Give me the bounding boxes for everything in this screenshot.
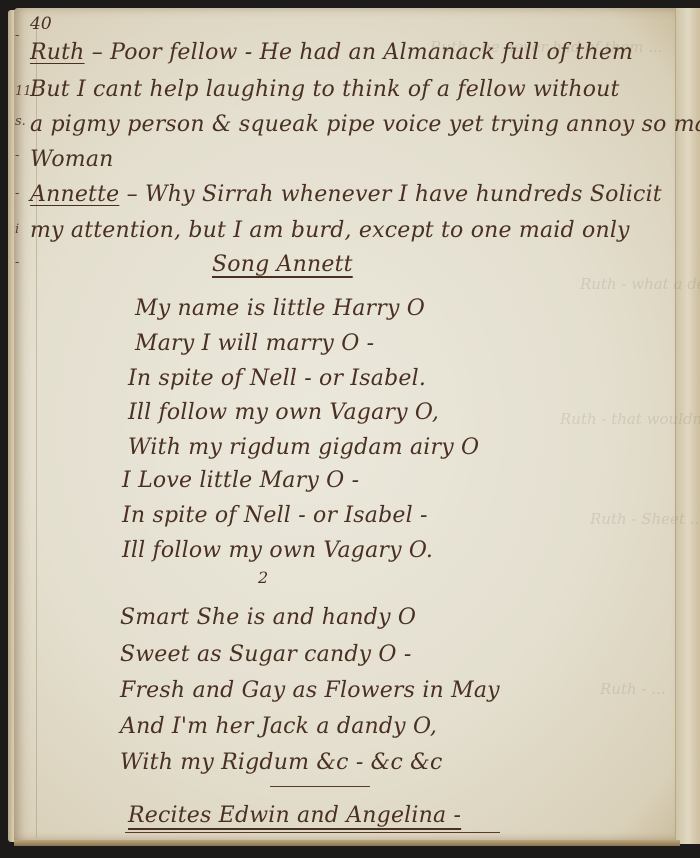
margin-mark: - <box>15 28 19 43</box>
song-line: And I'm her Jack a dandy O, <box>120 714 437 739</box>
stage-direction: Recites Edwin and Angelina - <box>128 803 461 828</box>
handwritten-content: 40 - 11 s. - - i - Ruth – Poor fellow - … <box>0 0 700 858</box>
song-line: Smart She is and handy O <box>120 605 416 630</box>
song-line: Fresh and Gay as Flowers in May <box>120 678 500 703</box>
speaker-dash: – <box>127 182 145 207</box>
song-title: Song Annett <box>212 252 353 277</box>
margin-mark: s. <box>15 114 26 129</box>
dialogue-line: Ruth – Poor fellow - He had an Almanack … <box>30 40 633 65</box>
section-divider-rule <box>270 786 370 787</box>
song-line: With my Rigdum &c - &c &c <box>120 750 442 775</box>
dialogue-line: Annette – Why Sirrah whenever I have hun… <box>30 182 662 207</box>
song-line: In spite of Nell - or Isabel - <box>122 503 428 528</box>
song-line: Ill follow my own Vagary O. <box>122 538 433 563</box>
speaker-name: Annette <box>30 182 119 207</box>
closing-underline <box>125 832 500 833</box>
margin-mark: - <box>15 186 19 201</box>
dialogue-text: Poor fellow - He had an Almanack full of… <box>110 40 633 65</box>
dialogue-line: my attention, but I am burd, except to o… <box>30 218 630 243</box>
song-line: Sweet as Sugar candy O - <box>120 642 412 667</box>
dialogue-line: But I cant help laughing to think of a f… <box>30 77 620 102</box>
margin-mark: - <box>15 148 19 163</box>
song-line: Mary I will marry O - <box>135 331 374 356</box>
dialogue-text: Why Sirrah whenever I have hundreds Soli… <box>145 182 662 207</box>
song-line: Ill follow my own Vagary O, <box>128 400 439 425</box>
dialogue-line: a pigmy person & squeak pipe voice yet t… <box>30 112 700 137</box>
manuscript-scan: Ruth - he never had of them ... Ruth - w… <box>0 0 700 858</box>
speaker-name: Ruth <box>30 40 85 65</box>
song-line: My name is little Harry O <box>135 296 425 321</box>
margin-mark: i <box>15 222 19 237</box>
song-line: With my rigdum gigdam airy O <box>128 435 479 460</box>
song-line: I Love little Mary O - <box>122 468 359 493</box>
margin-mark: - <box>15 255 19 270</box>
stanza-number: 2 <box>258 568 268 587</box>
song-line: In spite of Nell - or Isabel. <box>128 366 426 391</box>
dialogue-line: Woman <box>30 147 114 172</box>
page-number: 40 <box>30 14 52 34</box>
speaker-dash: – <box>92 40 110 65</box>
